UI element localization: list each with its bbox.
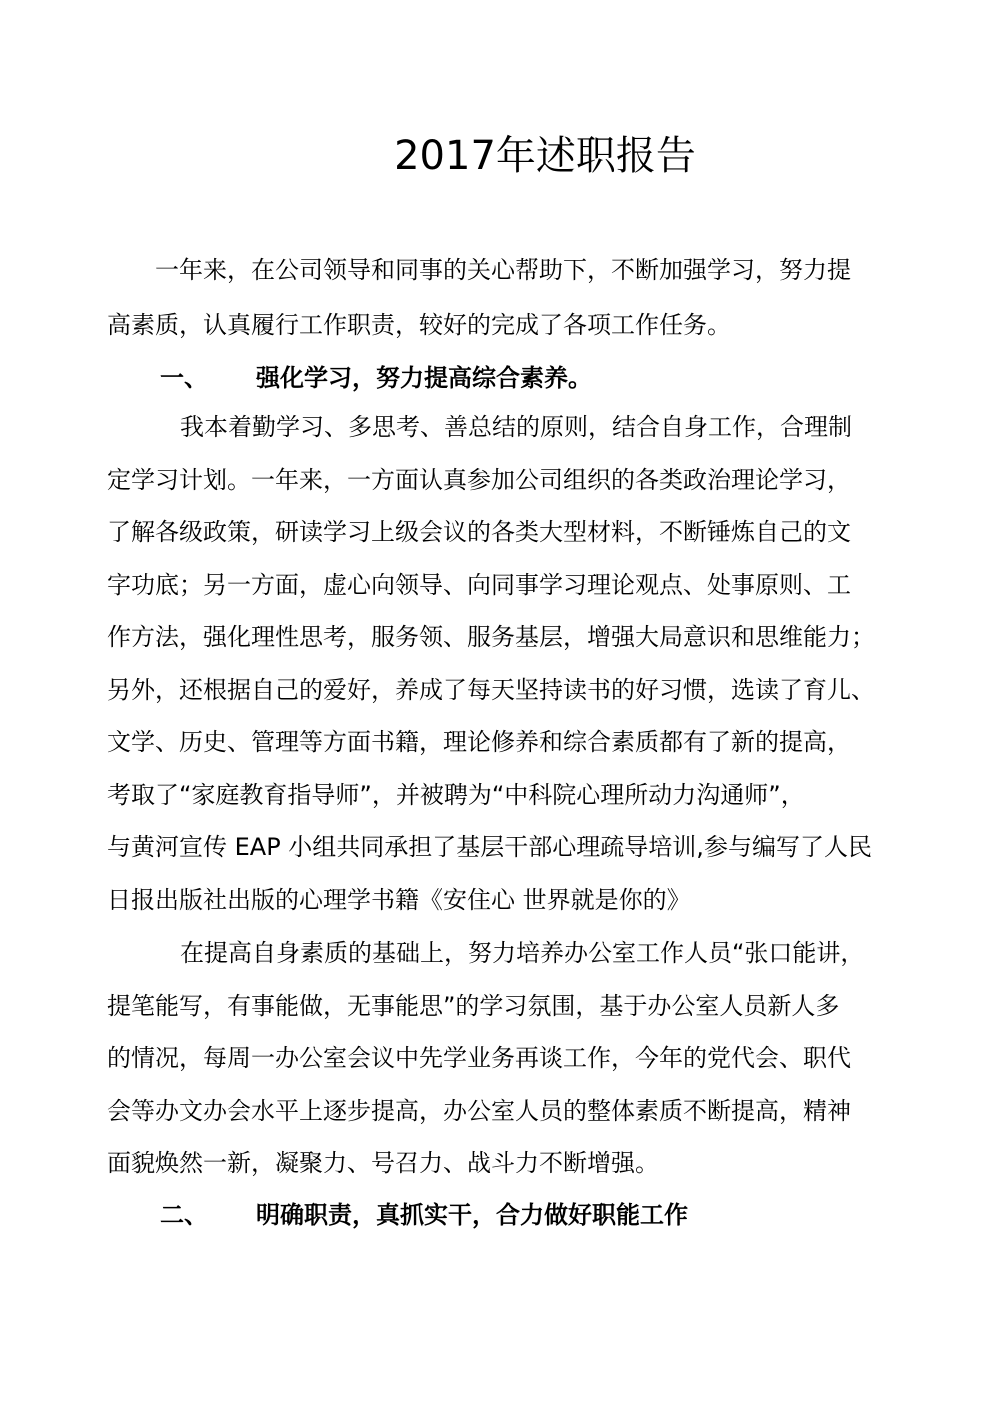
paragraph-line: 文学、历史、管理等方面书籍，理论修养和综合素质都有了新的提高， [107, 725, 851, 759]
paragraph-line: 与黄河宣传 EAP 小组共同承担了基层干部心理疏导培训,参与编写了人民 [107, 830, 872, 864]
paragraph-line: 面貌焕然一新，凝聚力、号召力、战斗力不断增强。 [107, 1146, 659, 1180]
intro-line: 一年来，在公司领导和同事的关心帮助下，不断加强学习，努力提 [155, 253, 851, 287]
paragraph-line: 日报出版社出版的心理学书籍《安住心 世界就是你的》 [107, 883, 691, 917]
intro-line: 高素质，认真履行工作职责，较好的完成了各项工作任务。 [107, 308, 731, 342]
section-heading-2: 二、明确职责，真抓实干，合力做好职能工作 [160, 1198, 688, 1232]
paragraph-line: 字功底；另一方面，虚心向领导、向同事学习理论观点、处事原则、工 [107, 568, 851, 602]
paragraph-line: 定学习计划。一年来，一方面认真参加公司组织的各类政治理论学习， [107, 463, 851, 497]
paragraph-line: 的情况，每周一办公室会议中先学业务再谈工作，今年的党代会、职代 [107, 1041, 851, 1075]
paragraph-line: 了解各级政策，研读学习上级会议的各类大型材料，不断锤炼自己的文 [107, 515, 851, 549]
paragraph-line: 作方法，强化理性思考，服务领、服务基层，增强大局意识和思维能力； [107, 620, 875, 654]
document-page: 2017年述职报告 一年来，在公司领导和同事的关心帮助下，不断加强学习，努力提 … [0, 0, 1000, 1415]
section-number: 一、 [160, 361, 256, 395]
paragraph-line: 提笔能写，有事能做，无事能思”的学习氛围，基于办公室人员新人多 [107, 989, 839, 1023]
section-heading-1: 一、强化学习，努力提高综合素养。 [160, 361, 592, 395]
document-title: 2017年述职报告 [0, 128, 1000, 184]
paragraph-line: 另外，还根据自己的爱好，养成了每天坚持读书的好习惯，选读了育儿、 [107, 673, 875, 707]
paragraph-line: 我本着勤学习、多思考、善总结的原则，结合自身工作，合理制 [180, 410, 852, 444]
section-number: 二、 [160, 1198, 256, 1232]
section-title: 明确职责，真抓实干，合力做好职能工作 [256, 1201, 688, 1229]
paragraph-line: 考取了“家庭教育指导师”，并被聘为“中科院心理所动力沟通师”， [107, 778, 805, 812]
paragraph-line: 在提高自身素质的基础上，努力培养办公室工作人员“张口能讲， [180, 936, 864, 970]
paragraph-line: 会等办文办会水平上逐步提高，办公室人员的整体素质不断提高，精神 [107, 1094, 851, 1128]
section-title: 强化学习，努力提高综合素养。 [256, 364, 592, 392]
